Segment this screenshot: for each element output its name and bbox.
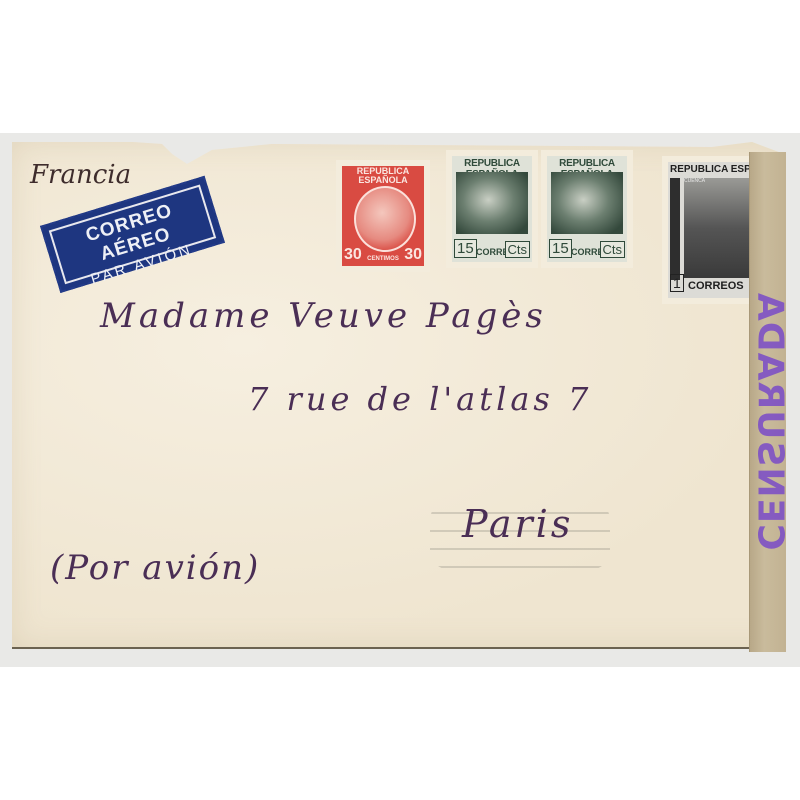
- stamp-30-centimos: REPUBLICA ESPAÑOLA 30 CENTIMOS 30: [336, 160, 430, 272]
- stamp-subtitle: CORREOS: [688, 280, 744, 292]
- stamp-value: 15: [549, 239, 572, 258]
- stamp-unit: Cts: [600, 241, 626, 258]
- stamp-15-cts: REPUBLICA ESPAÑOLA 15 CORREOS Cts: [446, 150, 538, 268]
- stamp-value: 15: [454, 239, 477, 258]
- censor-stamp: CENSURADA: [750, 331, 791, 551]
- portrait-icon: [456, 172, 528, 234]
- stamp-city: CUENCA: [684, 178, 705, 184]
- stamp-1-peseta-cuenca: REPUBLICA ESPA CUENCA 1 CORREOS: [662, 156, 758, 304]
- address-line-recipient: Madame Veuve Pagès: [100, 296, 547, 336]
- address-line-city: Paris: [462, 502, 573, 546]
- portrait-icon: [551, 172, 623, 234]
- building-icon: [684, 178, 752, 278]
- stamp-value: 30: [404, 246, 422, 264]
- stamp-border-pattern: [670, 178, 680, 280]
- portrait-icon: [354, 186, 416, 252]
- stamp-country: REPUBLICA ESPAÑOLA: [342, 167, 424, 185]
- address-line-street: 7 rue de l'atlas 7: [248, 380, 592, 418]
- stamp-unit: CENTIMOS: [366, 256, 400, 263]
- stamp-value: 30: [344, 246, 362, 264]
- stamp-value: 1: [670, 274, 684, 292]
- stamp-unit: Cts: [505, 241, 531, 258]
- destination-country: Francia: [30, 160, 131, 190]
- stamp-15-cts: REPUBLICA ESPAÑOLA 15 CORREOS Cts: [541, 150, 633, 268]
- airmail-note: (Por avión): [50, 548, 260, 588]
